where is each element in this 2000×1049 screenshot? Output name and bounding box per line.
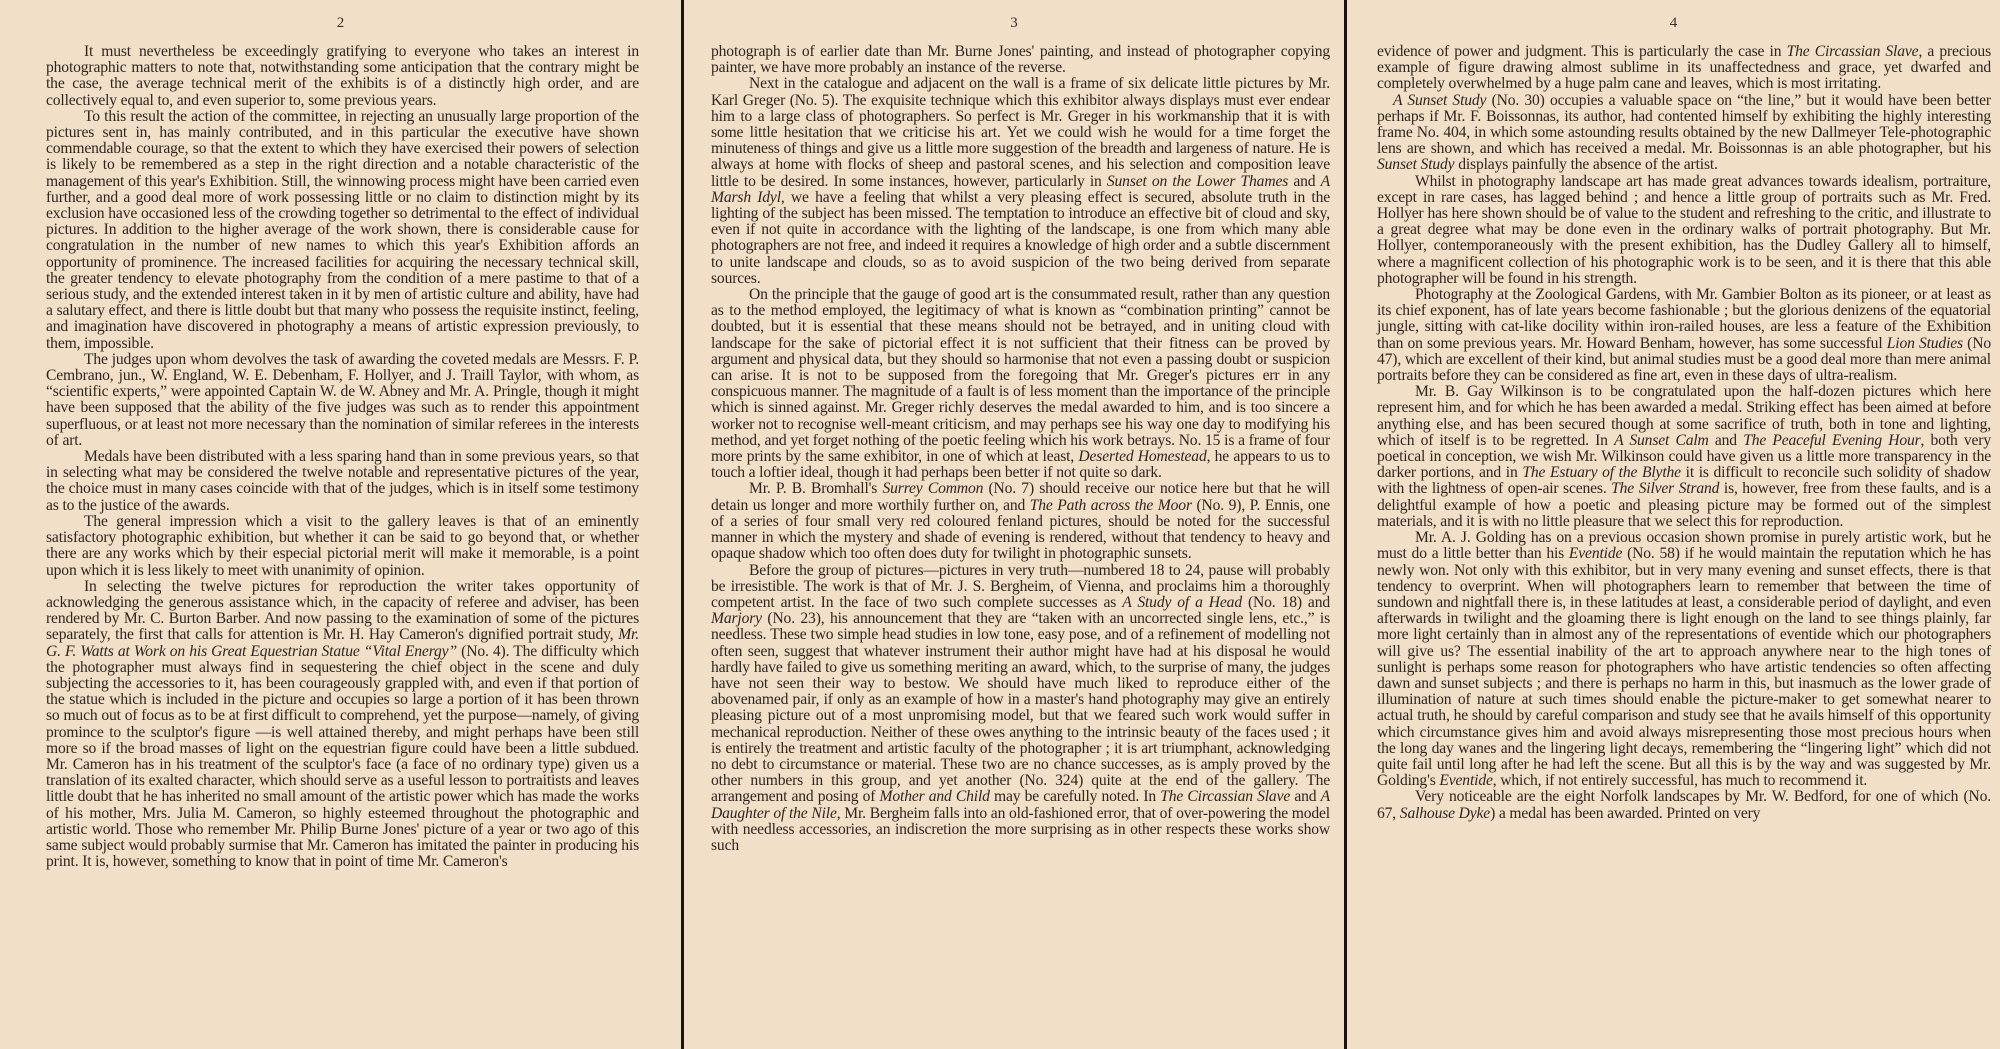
work-title: Salhouse Dyke [1400,805,1490,822]
work-title: A Sunset Study [1393,92,1486,109]
work-title: Marjory [711,610,762,627]
paragraph: Mr. P. B. Bromhall's Surrey Common (No. … [711,481,1330,562]
paragraph: Whilst in photography landscape art has … [1377,174,1991,287]
paragraph: Mr. B. Gay Wilkinson is to be congratula… [1377,384,1991,530]
work-title: Mother and Child [880,788,990,805]
paragraph: Medals have been distributed with a less… [46,449,639,514]
work-title: The Circassian Slave [1787,43,1919,60]
paragraph: photograph is of earlier date than Mr. B… [711,44,1330,76]
work-title: The Path across the Moor [1030,497,1192,514]
paragraph: Before the group of pictures—pictures in… [711,563,1330,855]
paragraph: Mr. A. J. Golding has on a previous occa… [1377,530,1991,789]
page-body: evidence of power and judgment. This is … [1377,44,1991,822]
work-title: Surrey Common [882,480,983,497]
page-4: 4 evidence of power and judgment. This i… [1347,0,2000,1049]
work-title: The Peaceful Evening Hour [1743,432,1920,449]
work-title: Deserted Homestead [1078,448,1206,465]
paragraph: The general impression which a visit to … [46,514,639,579]
work-title: Mr. G. F. Watts at Work on his Great Equ… [46,626,639,659]
page-3: 3 photograph is of earlier date than Mr.… [684,0,1344,1049]
paragraph: Photography at the Zoological Gardens, w… [1377,287,1991,384]
paragraph: evidence of power and judgment. This is … [1377,44,1991,93]
work-title: A Sunset Calm [1614,432,1709,449]
paragraph: A Sunset Study (No. 30) occupies a valua… [1377,93,1991,174]
page-number: 3 [684,15,1344,32]
page-number: 4 [1347,15,2000,32]
paragraph: To this result the action of the committ… [46,109,639,352]
page-number: 2 [0,15,681,32]
work-title: Lion Studies [1887,335,1963,352]
work-title: The Silver Strand [1611,480,1719,497]
work-title: A Study of a Head [1122,594,1242,611]
work-title: Eventide [1439,772,1492,789]
work-title: Sunset on the Lower Thames [1107,173,1288,190]
work-title: Eventide [1569,545,1622,562]
work-title: Sunset Study [1377,156,1454,173]
page-body: It must nevertheless be exceedingly grat… [46,44,639,870]
paragraph: In selecting the twelve pictures for rep… [46,579,639,871]
paragraph: On the principle that the gauge of good … [711,287,1330,481]
work-title: The Estuary of the Blythe [1522,464,1681,481]
work-title: The Circassian Slave [1160,788,1290,805]
page-body: photograph is of earlier date than Mr. B… [711,44,1330,854]
paragraph: Next in the catalogue and adjacent on th… [711,76,1330,287]
page-2: 2 It must nevertheless be exceedingly gr… [0,0,681,1049]
paragraph: Very noticeable are the eight Norfolk la… [1377,789,1991,821]
paragraph: It must nevertheless be exceedingly grat… [46,44,639,109]
paragraph: The judges upon whom devolves the task o… [46,352,639,449]
